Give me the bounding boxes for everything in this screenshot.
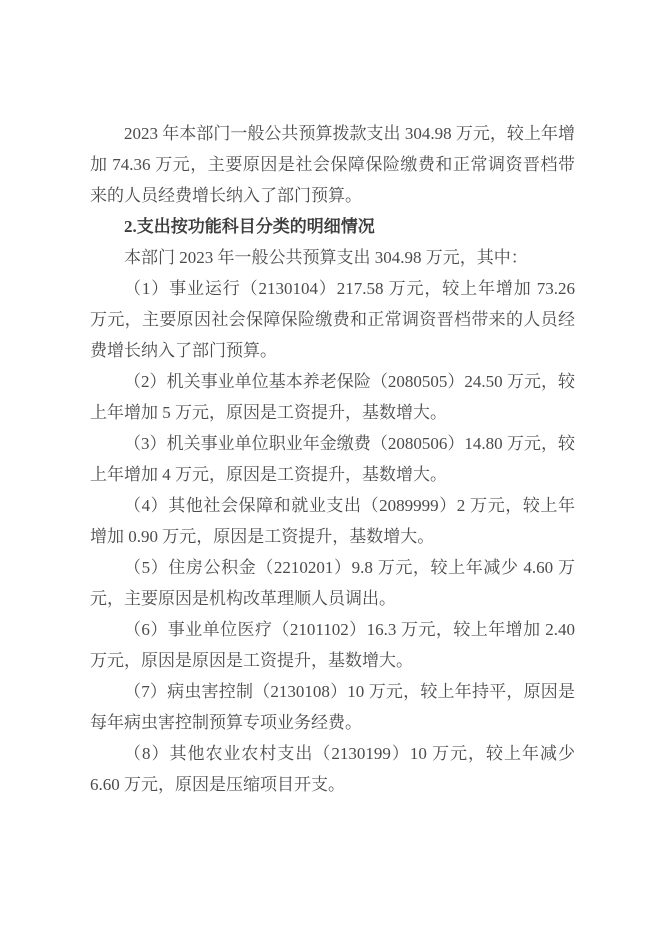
paragraph-item-6: （6）事业单位医疗（2101102）16.3 万元，较上年增加 2.40 万元，… [90, 614, 575, 676]
paragraph-total-expenditure: 本部门 2023 年一般公共预算支出 304.98 万元，其中： [90, 242, 575, 273]
paragraph-budget-summary: 2023 年本部门一般公共预算拨款支出 304.98 万元，较上年增加 74.3… [90, 118, 575, 211]
document-page: 2023 年本部门一般公共预算拨款支出 304.98 万元，较上年增加 74.3… [0, 0, 662, 936]
paragraph-item-4: （4）其他社会保障和就业支出（2089999）2 万元，较上年增加 0.90 万… [90, 490, 575, 552]
paragraph-item-3: （3）机关事业单位职业年金缴费（2080506）14.80 万元，较上年增加 4… [90, 428, 575, 490]
paragraph-item-2: （2）机关事业单位基本养老保险（2080505）24.50 万元，较上年增加 5… [90, 366, 575, 428]
paragraph-item-8: （8）其他农业农村支出（2130199）10 万元，较上年减少 6.60 万元，… [90, 738, 575, 800]
section-heading: 2.支出按功能科目分类的明细情况 [90, 211, 575, 242]
paragraph-item-1: （1）事业运行（2130104）217.58 万元，较上年增加 73.26 万元… [90, 273, 575, 366]
paragraph-item-5: （5）住房公积金（2210201）9.8 万元，较上年减少 4.60 万元，主要… [90, 552, 575, 614]
paragraph-item-7: （7）病虫害控制（2130108）10 万元，较上年持平，原因是每年病虫害控制预… [90, 676, 575, 738]
